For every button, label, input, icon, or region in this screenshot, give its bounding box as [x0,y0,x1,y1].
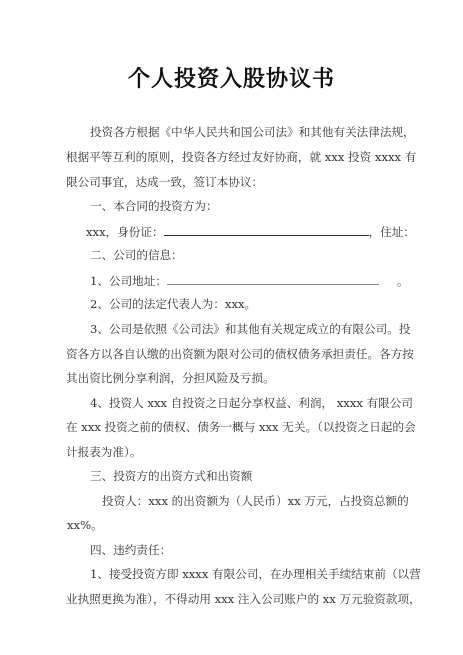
investor-line: xxx，身份证：，住址： [86,224,416,239]
paragraph-line: xx%。 [67,518,407,532]
section-heading-1: 一、本合同的投资方为： [66,199,430,213]
paragraph-line: 计报表为准）。 [66,445,406,459]
paragraph-line: 1、接受投资方即 xxxx 有限公司，在办理相关手续结束前（以营 [66,567,406,581]
address-label: ，住址： [369,225,415,239]
paragraph-line: 资各方以各自认缴的出资额为限对公司的债权债务承担责任。各方按 [66,347,406,361]
paragraph-line: 根据平等互利的原则，投资各方经过友好协商，就 xxx 投资 xxxx 有 [66,150,406,164]
paragraph-line: 限公司事宜，达成一致，签订本协议： [66,175,406,189]
paragraph-line: 投资人：xxx 的出资额为（人民币）xx 万元，占投资总额的 [66,494,406,508]
company-address-line: 1、公司地址：。 [66,273,430,288]
address-end-mark: 。 [397,274,409,288]
investor-label: xxx，身份证： [86,225,164,239]
section-heading-2: 二、公司的信息： [66,248,430,262]
paragraph-line: 2、公司的法定代表人为：xxx。 [66,297,430,311]
id-number-blank[interactable] [164,224,369,236]
section-heading-3: 三、投资方的出资方式和出资额 [66,469,430,483]
company-address-blank[interactable] [167,273,379,285]
paragraph-line: 其出资比例分享利润，分担风险及亏损。 [66,371,406,385]
paragraph-line: 3、公司是依照《公司法》和其他有关规定成立的有限公司。投 [66,322,406,336]
section-heading-4: 四、违约责任： [66,543,430,557]
document-title: 个人投资入股协议书 [0,62,463,93]
paragraph-line: 业执照更换为准），不得动用 xxx 注入公司账户的 xx 万元验资款项， [66,592,406,606]
document-page: 个人投资入股协议书 投资各方根据《中华人民共和国公司法》和其他有关法律法规， 根… [0,0,463,655]
company-address-label: 1、公司地址： [90,274,167,288]
paragraph-line: 4、投资人 xxx 自投资之日起分享权益、利润， xxxx 有限公司 [66,396,406,410]
paragraph-line: 投资各方根据《中华人民共和国公司法》和其他有关法律法规， [66,125,406,139]
paragraph-line: 在 xxx 投资之前的债权、债务一概与 xxx 无关。（以投资之日起的会 [66,420,406,434]
